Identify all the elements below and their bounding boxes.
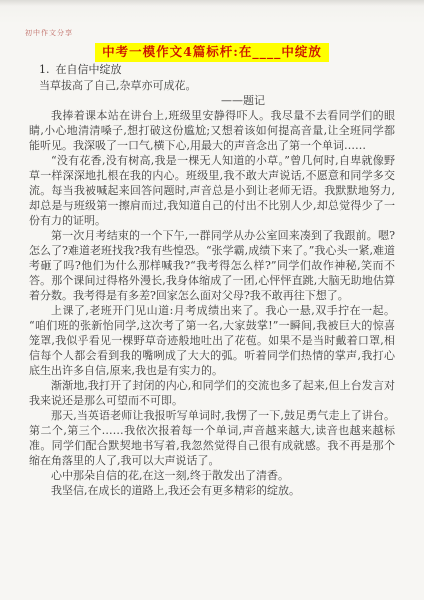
page-header-watermark: 初中作文分享 (25, 28, 73, 38)
essay-paragraph: 心中那朵自信的花,在这一刻,终于散发出了清香。 (29, 468, 395, 483)
essay-paragraph: 上课了,老班开门见山道:月考成绩出来了。我心一悬,双手拧在一起。“咱们班的张新怡… (29, 303, 395, 378)
scan-edge-shadow (0, 0, 424, 6)
essay-item-number: 1. (39, 63, 50, 76)
essay-item-title: 在自信中绽放 (56, 63, 122, 76)
essay-body: 我捧着课本站在讲台上,班级里安静得吓人。我尽量不去看同学们的眼睛,小心地清清嗓子… (29, 108, 395, 498)
essay-paragraph: 那天,当英语老师让我报听写单词时,我愣了一下,鼓足勇气走上了讲台。第二个,第三个… (29, 408, 395, 468)
epigraph-text: 当草拔高了自己,杂草亦可成花。 (39, 78, 395, 93)
document-title-highlighted: 中考一模作文4篇标杆:在____中绽放 (95, 43, 329, 62)
essay-paragraph: 第一次月考结束的一个下午,一群同学从办公室回来凑到了我跟前。嗯?怎么了?难道老班… (29, 228, 395, 303)
essay-paragraph: 渐渐地,我打开了封闭的内心,和同学们的交流也多了起来,但上台发言对我来说还是那么… (29, 378, 395, 408)
essay-paragraph: “没有花香,没有树高,我是一棵无人知道的小草。”曾几何时,自卑就像野草一样深深地… (29, 153, 395, 228)
essay-item-heading: 1.在自信中绽放 (39, 62, 395, 78)
essay-content: 1.在自信中绽放 当草拔高了自己,杂草亦可成花。 ——题记 我捧着课本站在讲台上… (29, 62, 395, 498)
title-row: 中考一模作文4篇标杆:在____中绽放 (0, 41, 424, 62)
epigraph-attribution: ——题记 (29, 93, 395, 108)
scanned-essay-page: 初中作文分享 中考一模作文4篇标杆:在____中绽放 1.在自信中绽放 当草拔高… (0, 0, 424, 600)
essay-paragraph: 我捧着课本站在讲台上,班级里安静得吓人。我尽量不去看同学们的眼睛,小心地清清嗓子… (29, 108, 395, 153)
essay-paragraph: 我坚信,在成长的道路上,我还会有更多精彩的绽放。 (29, 483, 395, 498)
